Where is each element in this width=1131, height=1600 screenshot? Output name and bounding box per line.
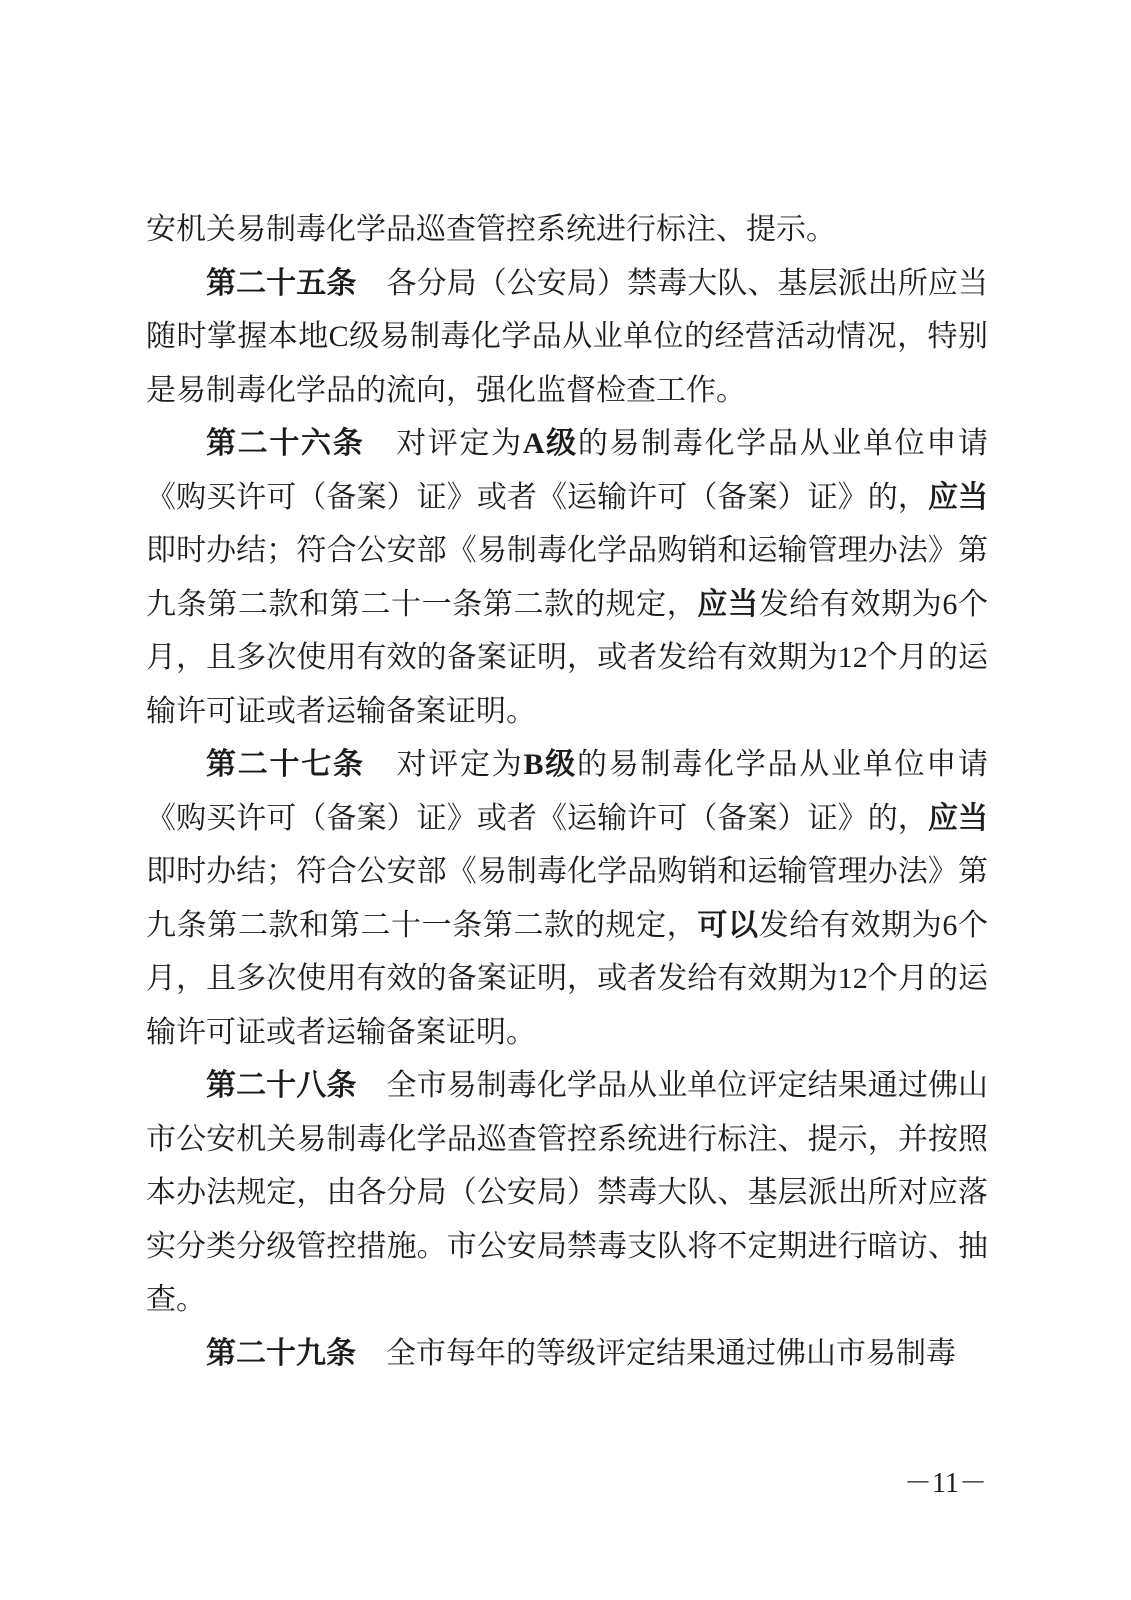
article-number: 第二十八条 xyxy=(206,1069,356,1102)
text-run: 全市易制毒化学品从业单位评定结果通过佛山市公安机关易制毒化学品巡查管控系统进行标… xyxy=(146,1069,988,1316)
text-run: 安机关易制毒化学品巡查管控系统进行标注、提示。 xyxy=(146,213,836,246)
paragraph-article-28: 第二十八条 全市易制毒化学品从业单位评定结果通过佛山市公安机关易制毒化学品巡查管… xyxy=(146,1059,988,1327)
article-number: 第二十六条 xyxy=(206,427,364,460)
emphasis-run: 应当 xyxy=(928,802,988,835)
paragraph-continuation: 安机关易制毒化学品巡查管控系统进行标注、提示。 xyxy=(146,203,988,257)
emphasis-run: 应当 xyxy=(928,481,988,514)
article-number: 第二十五条 xyxy=(206,267,356,300)
emphasis-run: 应当 xyxy=(697,588,758,621)
page-number: －11－ xyxy=(904,1469,987,1499)
document-body: 安机关易制毒化学品巡查管控系统进行标注、提示。 第二十五条 各分局（公安局）禁毒… xyxy=(146,203,988,1380)
text-run: 对评定为 xyxy=(365,748,524,781)
emphasis-run: 可以 xyxy=(697,909,758,942)
paragraph-article-26: 第二十六条 对评定为A级的易制毒化学品从业单位申请《购买许可（备案）证》或者《运… xyxy=(146,417,988,738)
text-run: 对评定为 xyxy=(364,427,522,460)
article-number: 第二十九条 xyxy=(206,1337,356,1370)
paragraph-article-29: 第二十九条 全市每年的等级评定结果通过佛山市易制毒 xyxy=(146,1327,988,1381)
paragraph-article-25: 第二十五条 各分局（公安局）禁毒大队、基层派出所应当随时掌握本地C级易制毒化学品… xyxy=(146,257,988,418)
paragraph-article-27: 第二十七条 对评定为B级的易制毒化学品从业单位申请《购买许可（备案）证》或者《运… xyxy=(146,738,988,1059)
document-page: 安机关易制毒化学品巡查管控系统进行标注、提示。 第二十五条 各分局（公安局）禁毒… xyxy=(0,0,1131,1600)
grade-b-label: B级 xyxy=(524,748,578,781)
text-run: 全市每年的等级评定结果通过佛山市易制毒 xyxy=(356,1337,956,1370)
page-number-text: －11－ xyxy=(904,1468,987,1499)
article-number: 第二十七条 xyxy=(206,748,365,781)
grade-a-label: A级 xyxy=(523,427,578,460)
